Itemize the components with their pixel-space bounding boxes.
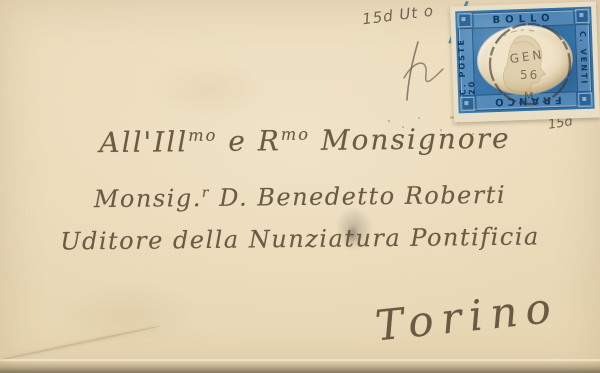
envelope-bottom-edge bbox=[0, 361, 600, 373]
address-text: Torino bbox=[373, 283, 561, 351]
pencil-annotation-top: 15d Ut o bbox=[361, 2, 435, 29]
circular-postmark: GEN 56 M bbox=[458, 12, 598, 122]
address-text: D. Benedetto Roberti bbox=[210, 181, 506, 212]
address-line-recipient-title: All'Illmo e Rmo Monsignore bbox=[55, 121, 555, 159]
postmark-letter: M bbox=[524, 90, 534, 103]
postmark-year: 56 bbox=[520, 68, 539, 82]
address-text: Uditore della Nunziatura Pontificia bbox=[60, 222, 540, 255]
paper-stain bbox=[60, 280, 200, 350]
address-text: Monsignore bbox=[310, 122, 511, 157]
superscript: mo bbox=[281, 125, 310, 144]
address-line-recipient-name: Monsig.r D. Benedetto Roberti bbox=[60, 180, 540, 213]
paper-stain bbox=[150, 60, 270, 120]
address-text: e R bbox=[217, 124, 281, 158]
address-text: Monsig. bbox=[94, 184, 202, 213]
paper-crease bbox=[0, 325, 161, 363]
superscript: r bbox=[202, 185, 210, 201]
address-destination-city: Torino bbox=[373, 283, 561, 351]
address-line-recipient-role: Uditore della Nunziatura Pontificia bbox=[40, 222, 560, 255]
pen-squiggle-mark bbox=[398, 36, 450, 108]
envelope-cover: All'Illmo e Rmo Monsignore Monsig.r D. B… bbox=[0, 0, 600, 373]
faint-postmark-dots bbox=[388, 120, 390, 122]
postmark-month: GEN bbox=[509, 47, 545, 66]
address-text: All'Ill bbox=[99, 125, 188, 159]
superscript: mo bbox=[188, 126, 217, 145]
